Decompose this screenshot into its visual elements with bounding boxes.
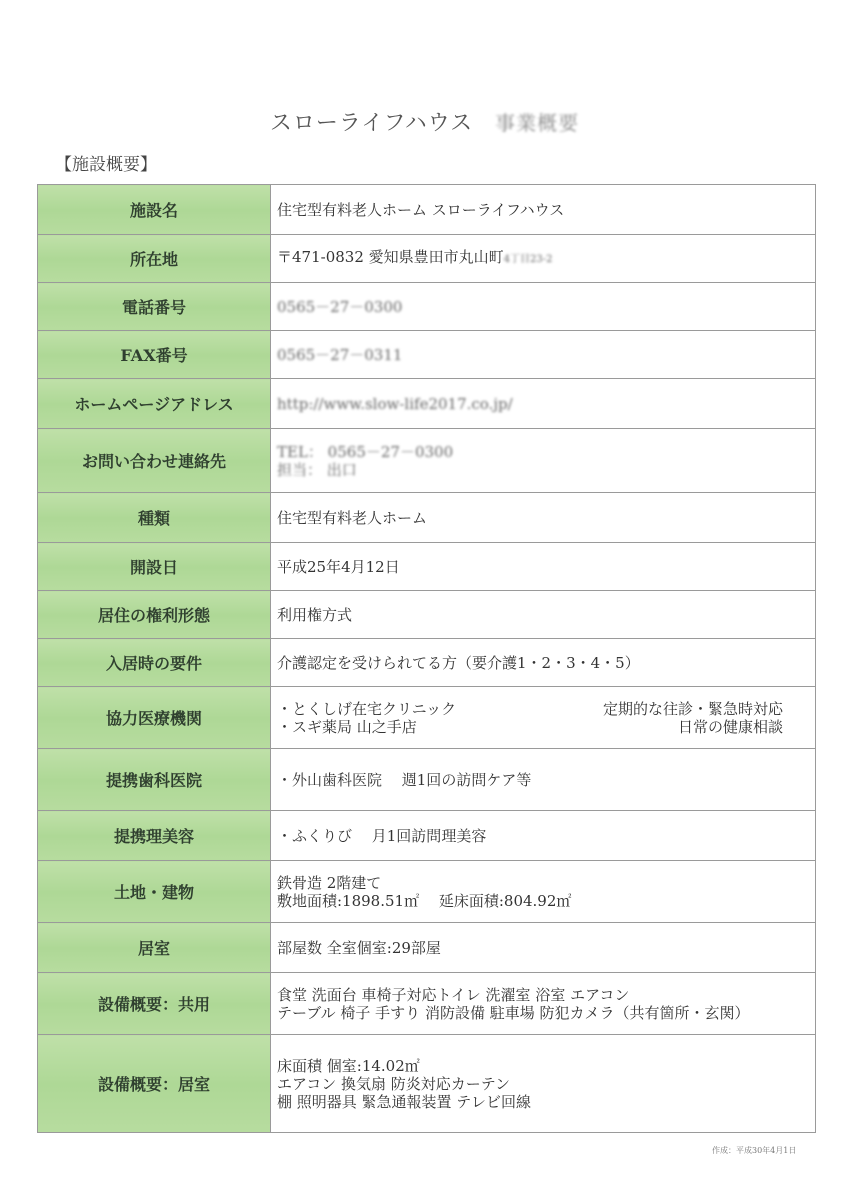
facility-overview-table: 施設名住宅型有料老人ホーム スローライフハウス所在地〒471-0832 愛知県豊… xyxy=(37,184,816,1133)
row-value: ・とくしげ在宅クリニック定期的な往診・緊急時対応・スギ薬局 山之手店日常の健康相… xyxy=(271,687,816,749)
row-value: ・外山歯科医院 週1回の訪問ケア等 xyxy=(271,749,816,811)
table-row: 開設日平成25年4月12日 xyxy=(38,543,816,591)
table-row: 電話番号0565－27－0300 xyxy=(38,283,816,331)
row-label: 居住の権利形態 xyxy=(38,591,271,639)
value-line: 食堂 洗面台 車椅子対応トイレ 洗濯室 浴室 エアコン xyxy=(277,986,809,1004)
value-line: TEL： 0565－27－0300 xyxy=(277,443,809,461)
value-line: 〒471-0832 愛知県豊田市丸山町4丁目23-2 xyxy=(277,248,809,269)
row-label: 提携理美容 xyxy=(38,811,271,861)
value-text: 担当： 出口 xyxy=(277,461,357,479)
title-suffix-blurred: 事業概要 xyxy=(495,111,579,135)
value-line: 利用権方式 xyxy=(277,606,809,624)
value-text: 敷地面積:1898.51㎡ 延床面積:804.92㎡ xyxy=(277,892,571,910)
value-text-blurred: 4丁目23-2 xyxy=(504,254,553,265)
table-row: FAX番号0565－27－0311 xyxy=(38,331,816,379)
row-value: 介護認定を受けられてる方（要介護1・2・3・4・5） xyxy=(271,639,816,687)
row-value: 床面積 個室:14.02㎡エアコン 換気扇 防炎対応カーテン棚 照明器具 緊急通… xyxy=(271,1035,816,1133)
value-text: 部屋数 全室個室:29部屋 xyxy=(277,939,441,957)
value-text: 鉄骨造 2階建て xyxy=(277,874,381,892)
value-text: ・ふくりび 月1回訪問理美容 xyxy=(277,827,486,845)
value-line: 棚 照明器具 緊急通報装置 テレビ回線 xyxy=(277,1093,809,1111)
value-text: エアコン 換気扇 防炎対応カーテン xyxy=(277,1075,510,1093)
value-text: 床面積 個室:14.02㎡ xyxy=(277,1057,420,1075)
value-line: 部屋数 全室個室:29部屋 xyxy=(277,939,809,957)
row-label: 居室 xyxy=(38,923,271,973)
table-row: 協力医療機関・とくしげ在宅クリニック定期的な往診・緊急時対応・スギ薬局 山之手店… xyxy=(38,687,816,749)
value-text: TEL： 0565－27－0300 xyxy=(277,443,453,461)
table-row: 居室部屋数 全室個室:29部屋 xyxy=(38,923,816,973)
value-line: ・とくしげ在宅クリニック定期的な往診・緊急時対応 xyxy=(277,700,809,718)
value-text: テーブル 椅子 手すり 消防設備 駐車場 防犯カメラ（共有箇所・玄関） xyxy=(277,1004,750,1022)
value-text: 棚 照明器具 緊急通報装置 テレビ回線 xyxy=(277,1093,531,1111)
row-value: TEL： 0565－27－0300担当： 出口 xyxy=(271,429,816,493)
row-label: 施設名 xyxy=(38,185,271,235)
table-row: お問い合わせ連絡先TEL： 0565－27－0300担当： 出口 xyxy=(38,429,816,493)
footer-created-date: 作成：平成30年4月1日 xyxy=(712,1145,796,1156)
value-text: 〒471-0832 愛知県豊田市丸山町 xyxy=(277,248,504,266)
row-label: 土地・建物 xyxy=(38,861,271,923)
value-text: 0565－27－0311 xyxy=(277,346,402,364)
value-line: テーブル 椅子 手すり 消防設備 駐車場 防犯カメラ（共有箇所・玄関） xyxy=(277,1004,809,1022)
table-row: 施設名住宅型有料老人ホーム スローライフハウス xyxy=(38,185,816,235)
value-line: 0565－27－0311 xyxy=(277,346,809,364)
value-text: 平成25年4月12日 xyxy=(277,558,400,576)
value-line: 0565－27－0300 xyxy=(277,298,809,316)
section-label: 【施設概要】 xyxy=(55,150,157,175)
row-value: 鉄骨造 2階建て敷地面積:1898.51㎡ 延床面積:804.92㎡ xyxy=(271,861,816,923)
row-value: http://www.slow-life2017.co.jp/ xyxy=(271,379,816,429)
row-value: 〒471-0832 愛知県豊田市丸山町4丁目23-2 xyxy=(271,235,816,283)
value-text: 0565－27－0300 xyxy=(277,298,402,316)
table-row: ホームページアドレスhttp://www.slow-life2017.co.jp… xyxy=(38,379,816,429)
value-text: 利用権方式 xyxy=(277,606,352,624)
value-text: http://www.slow-life2017.co.jp/ xyxy=(277,395,513,413)
row-label: 設備概要：居室 xyxy=(38,1035,271,1133)
row-value: 住宅型有料老人ホーム スローライフハウス xyxy=(271,185,816,235)
row-value: 利用権方式 xyxy=(271,591,816,639)
table-row: 設備概要：居室床面積 個室:14.02㎡エアコン 換気扇 防炎対応カーテン棚 照… xyxy=(38,1035,816,1133)
table-row: 入居時の要件介護認定を受けられてる方（要介護1・2・3・4・5） xyxy=(38,639,816,687)
value-line: ・スギ薬局 山之手店日常の健康相談 xyxy=(277,718,809,736)
row-label: 開設日 xyxy=(38,543,271,591)
document-title: スローライフハウス事業概要 xyxy=(0,106,849,137)
value-text: ・外山歯科医院 週1回の訪問ケア等 xyxy=(277,771,531,789)
value-line: 平成25年4月12日 xyxy=(277,558,809,576)
table-row: 設備概要：共用食堂 洗面台 車椅子対応トイレ 洗濯室 浴室 エアコンテーブル 椅… xyxy=(38,973,816,1035)
row-label: FAX番号 xyxy=(38,331,271,379)
table-row: 土地・建物鉄骨造 2階建て敷地面積:1898.51㎡ 延床面積:804.92㎡ xyxy=(38,861,816,923)
service-description: 日常の健康相談 xyxy=(678,718,783,736)
row-value: 平成25年4月12日 xyxy=(271,543,816,591)
row-label: 提携歯科医院 xyxy=(38,749,271,811)
value-text: 住宅型有料老人ホーム スローライフハウス xyxy=(277,201,564,219)
row-label: 種類 xyxy=(38,493,271,543)
table-row: 居住の権利形態利用権方式 xyxy=(38,591,816,639)
row-value: 部屋数 全室個室:29部屋 xyxy=(271,923,816,973)
value-line: 担当： 出口 xyxy=(277,461,809,479)
row-value: 0565－27－0311 xyxy=(271,331,816,379)
value-text: 介護認定を受けられてる方（要介護1・2・3・4・5） xyxy=(277,654,640,672)
value-line: http://www.slow-life2017.co.jp/ xyxy=(277,395,809,413)
row-label: 所在地 xyxy=(38,235,271,283)
value-line: 床面積 個室:14.02㎡ xyxy=(277,1057,809,1075)
table-row: 所在地〒471-0832 愛知県豊田市丸山町4丁目23-2 xyxy=(38,235,816,283)
value-line: エアコン 換気扇 防炎対応カーテン xyxy=(277,1075,809,1093)
institution-name: ・スギ薬局 山之手店 xyxy=(277,718,417,736)
value-line: 敷地面積:1898.51㎡ 延床面積:804.92㎡ xyxy=(277,892,809,910)
row-value: 0565－27－0300 xyxy=(271,283,816,331)
row-label: 電話番号 xyxy=(38,283,271,331)
row-value: 食堂 洗面台 車椅子対応トイレ 洗濯室 浴室 エアコンテーブル 椅子 手すり 消… xyxy=(271,973,816,1035)
row-value: ・ふくりび 月1回訪問理美容 xyxy=(271,811,816,861)
value-line: 介護認定を受けられてる方（要介護1・2・3・4・5） xyxy=(277,654,809,672)
table-row: 種類住宅型有料老人ホーム xyxy=(38,493,816,543)
value-line: 住宅型有料老人ホーム スローライフハウス xyxy=(277,201,809,219)
row-value: 住宅型有料老人ホーム xyxy=(271,493,816,543)
row-label: 設備概要：共用 xyxy=(38,973,271,1035)
service-description: 定期的な往診・緊急時対応 xyxy=(603,700,783,718)
row-label: ホームページアドレス xyxy=(38,379,271,429)
table-row: 提携歯科医院・外山歯科医院 週1回の訪問ケア等 xyxy=(38,749,816,811)
value-text: 食堂 洗面台 車椅子対応トイレ 洗濯室 浴室 エアコン xyxy=(277,986,629,1004)
row-label: 協力医療機関 xyxy=(38,687,271,749)
value-line: ・外山歯科医院 週1回の訪問ケア等 xyxy=(277,771,809,789)
row-label: お問い合わせ連絡先 xyxy=(38,429,271,493)
value-line: ・ふくりび 月1回訪問理美容 xyxy=(277,827,809,845)
row-label: 入居時の要件 xyxy=(38,639,271,687)
value-line: 鉄骨造 2階建て xyxy=(277,874,809,892)
value-line: 住宅型有料老人ホーム xyxy=(277,509,809,527)
value-text: 住宅型有料老人ホーム xyxy=(277,509,427,527)
institution-name: ・とくしげ在宅クリニック xyxy=(277,700,456,718)
table-row: 提携理美容・ふくりび 月1回訪問理美容 xyxy=(38,811,816,861)
title-text: スローライフハウス xyxy=(270,111,473,136)
